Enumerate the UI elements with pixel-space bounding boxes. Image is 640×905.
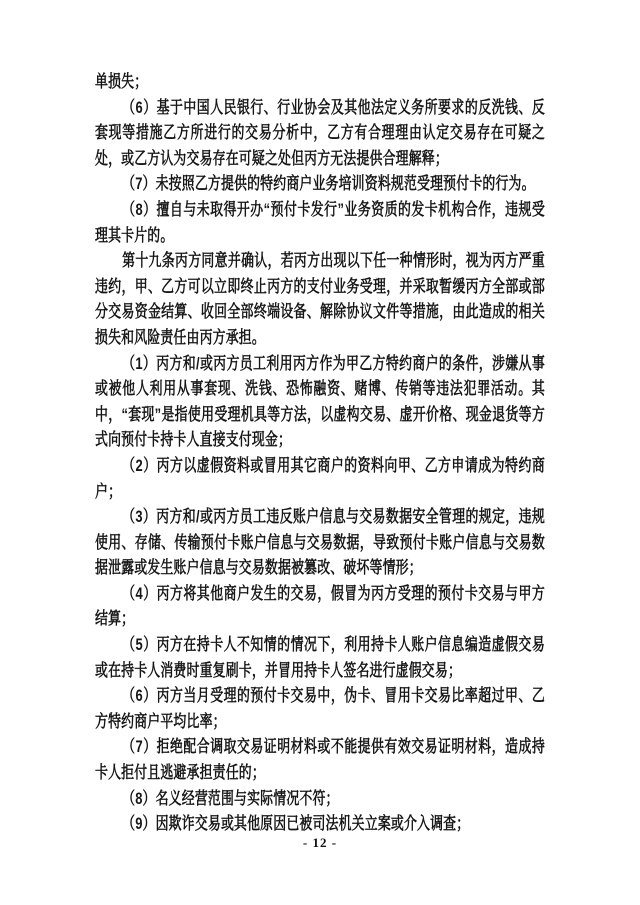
clause-term: 第十九条 — [122, 251, 175, 270]
paragraph-item-8: （8）擅自与未取得开办“预付卡发行”业务资质的发卡机构合作，违规受理其卡片的。 — [95, 197, 545, 248]
paragraph-sub-1: （1）丙方和/或丙方员工利用丙方作为甲乙方特约商户的条件，涉嫌从事或被他人利用从… — [95, 351, 545, 453]
paragraph-continuation: 单损失； — [95, 69, 545, 95]
paragraph-clause-19: 第十九条丙方同意并确认，若丙方出现以下任一种情形时，视为丙方严重违约，甲、乙方可… — [95, 248, 545, 350]
paragraph-sub-7: （7）拒绝配合调取交易证明材料或不能提供有效交易证明材料，造成持卡人拒付且逃避承… — [95, 734, 545, 785]
paragraph-sub-5: （5）丙方在持卡人不知情的情况下，利用持卡人账户信息编造虚假交易或在持卡人消费时… — [95, 632, 545, 683]
document-page: 单损失； （6）基于中国人民银行、行业协会及其他法定义务所要求的反洗钱、反套现等… — [0, 0, 640, 905]
paragraph-sub-3: （3）丙方和/或丙方员工违反账户信息与交易数据安全管理的规定，违规使用、存储、传… — [95, 504, 545, 581]
document-body: 单损失； （6）基于中国人民银行、行业协会及其他法定义务所要求的反洗钱、反套现等… — [95, 69, 545, 837]
paragraph-sub-6: （6）丙方当月受理的预付卡交易中，伪卡、冒用卡交易比率超过甲、乙方特约商户平均比… — [95, 683, 545, 734]
paragraph-sub-2: （2）丙方以虚假资料或冒用其它商户的资料向甲、乙方申请成为特约商户； — [95, 453, 545, 504]
paragraph-item-7: （7）未按照乙方提供的特约商户业务培训资料规范受理预付卡的行为。 — [95, 171, 545, 197]
paragraph-sub-9: （9）因欺诈交易或其他原因已被司法机关立案或介入调查； — [95, 811, 545, 837]
page-number: - 12 - — [0, 835, 640, 851]
paragraph-sub-4: （4）丙方将其他商户发生的交易，假冒为丙方受理的预付卡交易与甲方结算； — [95, 581, 545, 632]
paragraph-item-6: （6）基于中国人民银行、行业协会及其他法定义务所要求的反洗钱、反套现等措施乙方所… — [95, 95, 545, 172]
paragraph-sub-8: （8）名义经营范围与实际情况不符； — [95, 786, 545, 812]
